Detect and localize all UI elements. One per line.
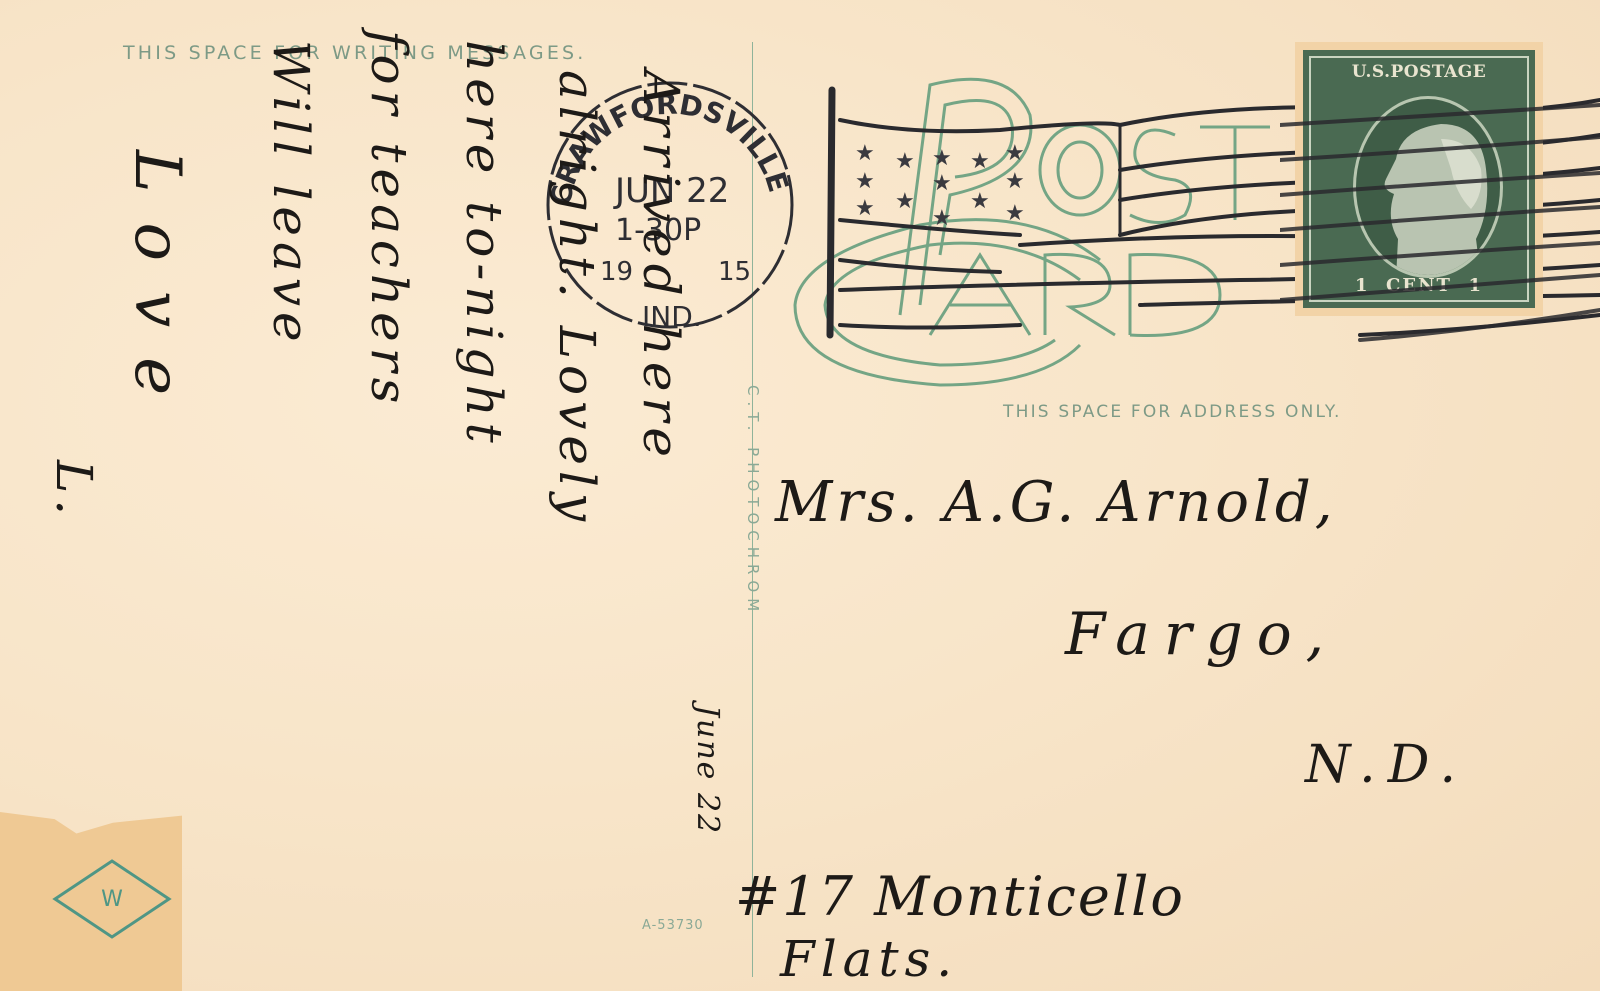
svg-text:★: ★ — [1005, 201, 1025, 226]
message-signature: L. — [45, 460, 103, 521]
watermark-diamond-icon: W — [52, 858, 172, 940]
svg-text:★: ★ — [970, 149, 990, 174]
stamp-cancel-lines — [1280, 95, 1600, 355]
svg-text:★: ★ — [895, 149, 915, 174]
svg-text:★: ★ — [1005, 169, 1025, 194]
serial-number: A-53730 — [642, 918, 704, 933]
stamp-top-text: U.S.POSTAGE — [1311, 62, 1527, 82]
publisher-imprint: C.T. PHOTOCHROM — [744, 385, 762, 617]
message-line-4: for teachers — [360, 30, 418, 409]
address-area-label: THIS SPACE FOR ADDRESS ONLY. — [1003, 402, 1342, 422]
svg-text:★: ★ — [932, 206, 952, 231]
svg-text:★: ★ — [970, 189, 990, 214]
message-area-label: THIS SPACE FOR WRITING MESSAGES. — [123, 42, 587, 64]
postcard-back: THIS SPACE FOR WRITING MESSAGES. C.T. PH… — [0, 0, 1600, 991]
svg-text:★: ★ — [1005, 141, 1025, 166]
message-line-3: here to-night — [455, 40, 513, 449]
recipient-street-line2: Flats. — [780, 930, 958, 988]
postmark-year-right: 15 — [718, 257, 751, 287]
svg-text:★: ★ — [855, 141, 875, 166]
message-line-2: alright. Lovely — [548, 70, 606, 527]
svg-text:★: ★ — [895, 189, 915, 214]
recipient-state: N.D. — [1305, 735, 1468, 795]
watermark-letter: W — [52, 858, 172, 940]
svg-text:★: ★ — [932, 146, 952, 171]
svg-text:★: ★ — [932, 171, 952, 196]
message-closing: Love — [120, 150, 194, 425]
recipient-city: Fargo, — [1065, 600, 1338, 668]
message-date-note: June 22 — [690, 705, 725, 835]
message-line-5: Will leave — [262, 40, 320, 348]
svg-text:★: ★ — [855, 169, 875, 194]
recipient-name: Mrs. A.G. Arnold, — [775, 470, 1337, 535]
recipient-street: #17 Monticello — [735, 865, 1185, 928]
message-line-1: Arrived here — [632, 70, 690, 463]
svg-text:★: ★ — [855, 196, 875, 221]
